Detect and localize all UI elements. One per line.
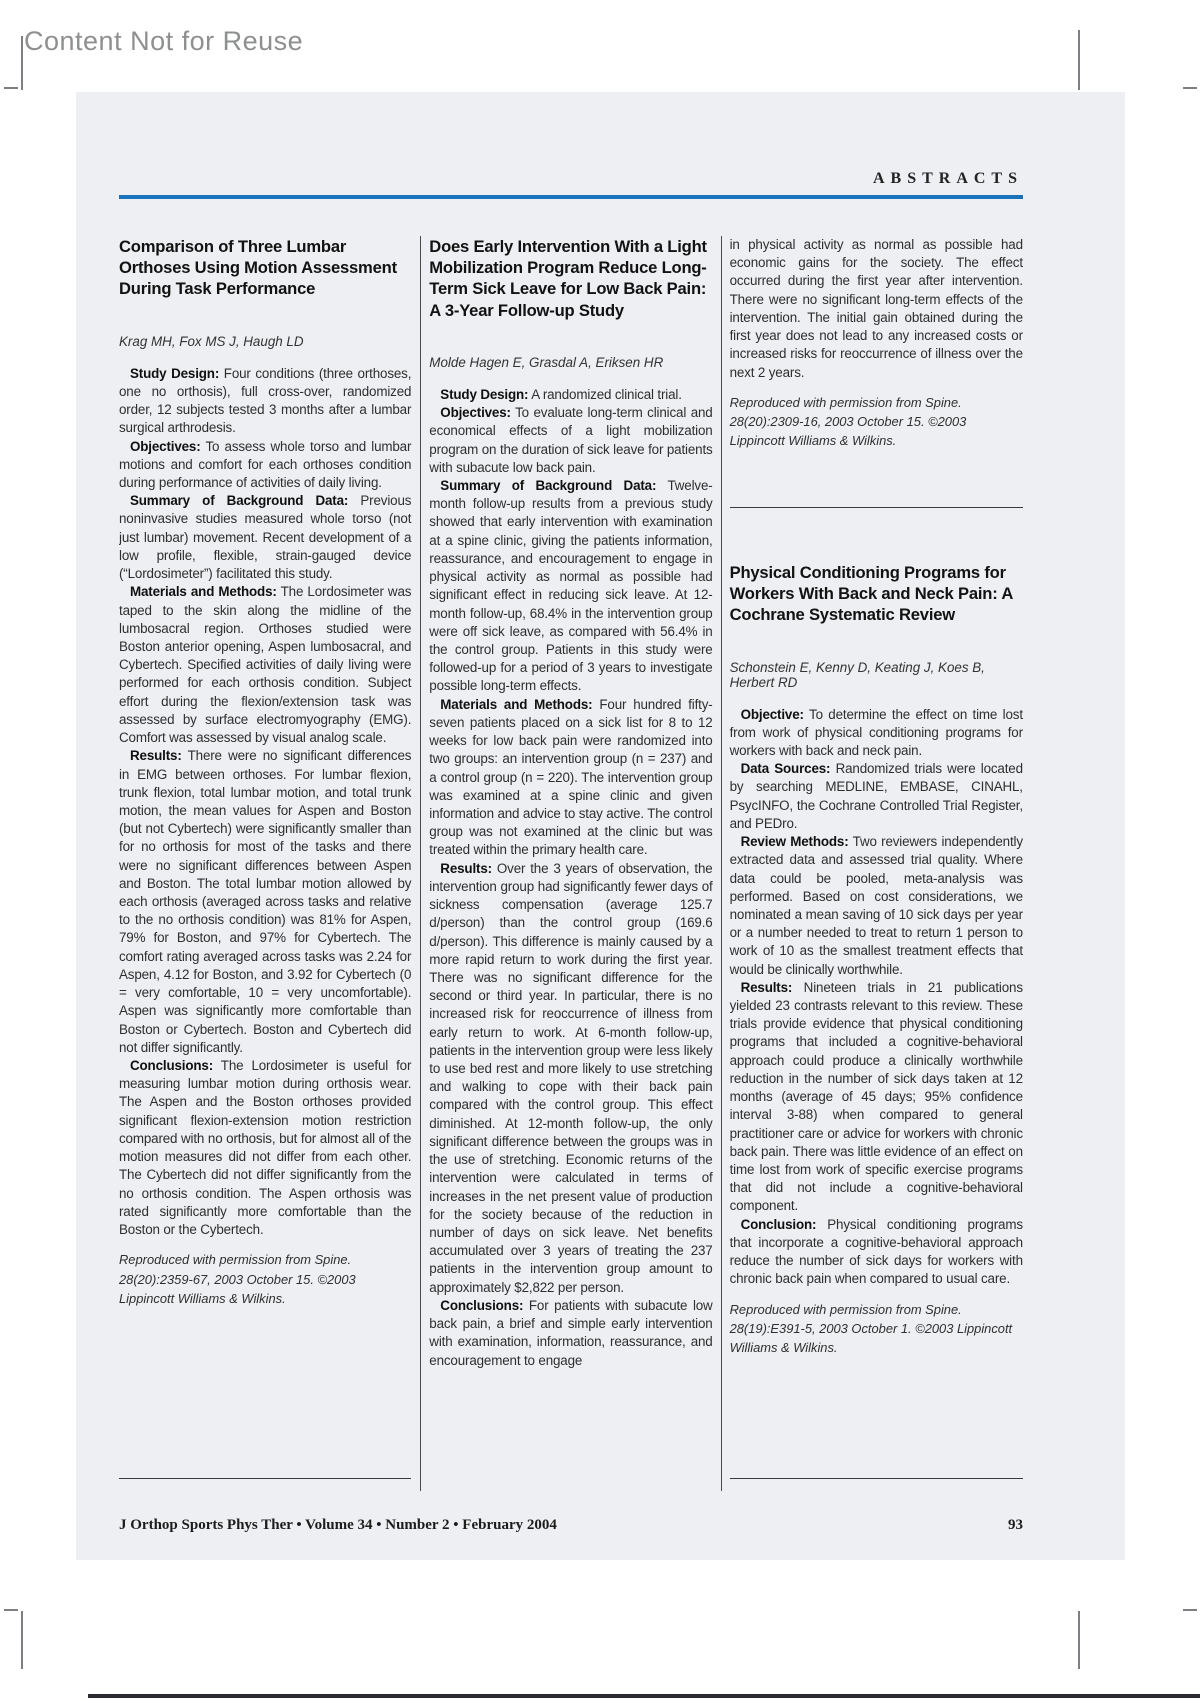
authors-line: Krag MH, Fox MS J, Haugh LD bbox=[119, 334, 411, 349]
page-bottom-trim-line bbox=[88, 1694, 1200, 1698]
section-label: Conclusion: bbox=[741, 1217, 817, 1232]
section-text: A randomized clinical trial. bbox=[528, 387, 681, 402]
abstract-section: Summary of Background Data: Twelve-month… bbox=[429, 477, 712, 696]
section-text: The Lordosimeter is useful for measuring… bbox=[119, 1058, 411, 1237]
abstracts-header: ABSTRACTS bbox=[119, 170, 1023, 188]
abstract-section: Objectives: To assess whole torso and lu… bbox=[119, 438, 411, 493]
journal-footer: J Orthop Sports Phys Ther • Volume 34 • … bbox=[119, 1517, 1023, 1534]
citation: Reproduced with permission from Spine.28… bbox=[119, 1250, 411, 1308]
section-label: Data Sources: bbox=[741, 761, 831, 776]
section-label: Conclusions: bbox=[440, 1298, 523, 1313]
section-label: Results: bbox=[440, 861, 492, 876]
abstract-section: Data Sources: Randomized trials were loc… bbox=[730, 760, 1023, 833]
abstract-continuation: in physical activity as normal as possib… bbox=[730, 236, 1023, 382]
abstract-section: Summary of Background Data: Previous non… bbox=[119, 492, 411, 583]
citation: Reproduced with permission from Spine.28… bbox=[730, 393, 1023, 451]
abstract-title: Does Early Intervention With a Light Mob… bbox=[429, 236, 712, 321]
abstract-section: Conclusions: For patients with subacute … bbox=[429, 1297, 712, 1370]
abstract-section: Materials and Methods: Four hundred fift… bbox=[429, 696, 712, 860]
section-label: Results: bbox=[130, 748, 182, 763]
citation-source: Reproduced with permission from Spine. bbox=[730, 393, 1023, 412]
columns-container: Comparison of Three Lumbar Orthoses Usin… bbox=[119, 236, 1023, 1491]
citation-detail: 28(20):2359-67, 2003 October 15. ©2003 L… bbox=[119, 1272, 356, 1306]
section-label: Summary of Background Data: bbox=[130, 493, 348, 508]
footer-journal-info: J Orthop Sports Phys Ther • Volume 34 • … bbox=[119, 1517, 557, 1534]
scanned-journal-page: Content Not for Reuse ABSTRACTS Comparis… bbox=[0, 0, 1200, 1703]
section-text: Four hundred fifty-seven patients placed… bbox=[429, 697, 712, 858]
abstract-title: Comparison of Three Lumbar Orthoses Usin… bbox=[119, 236, 411, 300]
section-text: There were no significant differences in… bbox=[119, 748, 411, 1055]
section-label: Objective: bbox=[741, 707, 804, 722]
crop-mark-top-left-horizontal bbox=[4, 87, 18, 89]
abstract-section: Conclusion: Physical conditioning progra… bbox=[730, 1216, 1023, 1289]
crop-mark-top-right-horizontal bbox=[1183, 87, 1197, 89]
crop-mark-top-right-vertical bbox=[1078, 30, 1080, 90]
crop-mark-top-left-vertical bbox=[21, 36, 23, 90]
citation-source: Reproduced with permission from Spine. bbox=[119, 1250, 411, 1269]
section-label: Objectives: bbox=[440, 405, 511, 420]
section-label: Materials and Methods: bbox=[440, 697, 592, 712]
citation: Reproduced with permission from Spine.28… bbox=[730, 1300, 1023, 1358]
crop-mark-bottom-right-horizontal bbox=[1183, 1609, 1197, 1611]
section-label: Study Design: bbox=[440, 387, 528, 402]
section-text: The Lordosimeter was taped to the skin a… bbox=[119, 584, 411, 745]
abstract-section: Study Design: A randomized clinical tria… bbox=[429, 386, 712, 404]
column-3: in physical activity as normal as possib… bbox=[722, 236, 1023, 1491]
header-rule bbox=[119, 195, 1023, 199]
abstract-section: Conclusions: The Lordosimeter is useful … bbox=[119, 1057, 411, 1239]
crop-mark-bottom-left-horizontal bbox=[4, 1609, 18, 1611]
section-label: Conclusions: bbox=[130, 1058, 213, 1073]
section-label: Review Methods: bbox=[741, 834, 849, 849]
column-2: Does Early Intervention With a Light Mob… bbox=[420, 236, 721, 1491]
section-text: Twelve-month follow-up results from a pr… bbox=[429, 478, 712, 693]
section-label: Study Design: bbox=[130, 366, 219, 381]
citation-detail: 28(20):2309-16, 2003 October 15. ©2003 L… bbox=[730, 414, 967, 448]
abstract-section: Results: Nineteen trials in 21 publicati… bbox=[730, 979, 1023, 1216]
citation-source: Reproduced with permission from Spine. bbox=[730, 1300, 1023, 1319]
section-label: Objectives: bbox=[130, 439, 201, 454]
citation-detail: 28(19):E391-5, 2003 October 1. ©2003 Lip… bbox=[730, 1321, 1013, 1355]
section-text: Two reviewers independently extracted da… bbox=[730, 834, 1023, 977]
abstract-section: Review Methods: Two reviewers independen… bbox=[730, 833, 1023, 979]
abstract-section: Objective: To determine the effect on ti… bbox=[730, 706, 1023, 761]
authors-line: Schonstein E, Kenny D, Keating J, Koes B… bbox=[730, 660, 1023, 690]
crop-mark-bottom-right-vertical bbox=[1078, 1611, 1080, 1669]
abstract-section: Results: Over the 3 years of observation… bbox=[429, 860, 712, 1297]
section-label: Materials and Methods: bbox=[130, 584, 277, 599]
column-1: Comparison of Three Lumbar Orthoses Usin… bbox=[119, 236, 420, 1491]
column-end-rule bbox=[119, 1478, 411, 1479]
section-label: Summary of Background Data: bbox=[440, 478, 656, 493]
column-end-rule bbox=[730, 1478, 1023, 1479]
abstract-divider-rule bbox=[730, 507, 1023, 508]
abstract-section: Results: There were no significant diffe… bbox=[119, 747, 411, 1057]
page-number: 93 bbox=[1008, 1517, 1023, 1534]
section-label: Results: bbox=[741, 980, 793, 995]
abstract-title: Physical Conditioning Programs for Worke… bbox=[730, 562, 1023, 626]
section-text: Nineteen trials in 21 publications yield… bbox=[730, 980, 1023, 1214]
section-text: Over the 3 years of observation, the int… bbox=[429, 861, 712, 1295]
authors-line: Molde Hagen E, Grasdal A, Eriksen HR bbox=[429, 355, 712, 370]
journal-page: ABSTRACTS Comparison of Three Lumbar Ort… bbox=[76, 92, 1125, 1560]
abstract-section: Materials and Methods: The Lordosimeter … bbox=[119, 583, 411, 747]
crop-mark-bottom-left-vertical bbox=[21, 1611, 23, 1669]
watermark: Content Not for Reuse bbox=[24, 26, 303, 57]
abstract-section: Study Design: Four conditions (three ort… bbox=[119, 365, 411, 438]
abstract-section: Objectives: To evaluate long-term clinic… bbox=[429, 404, 712, 477]
